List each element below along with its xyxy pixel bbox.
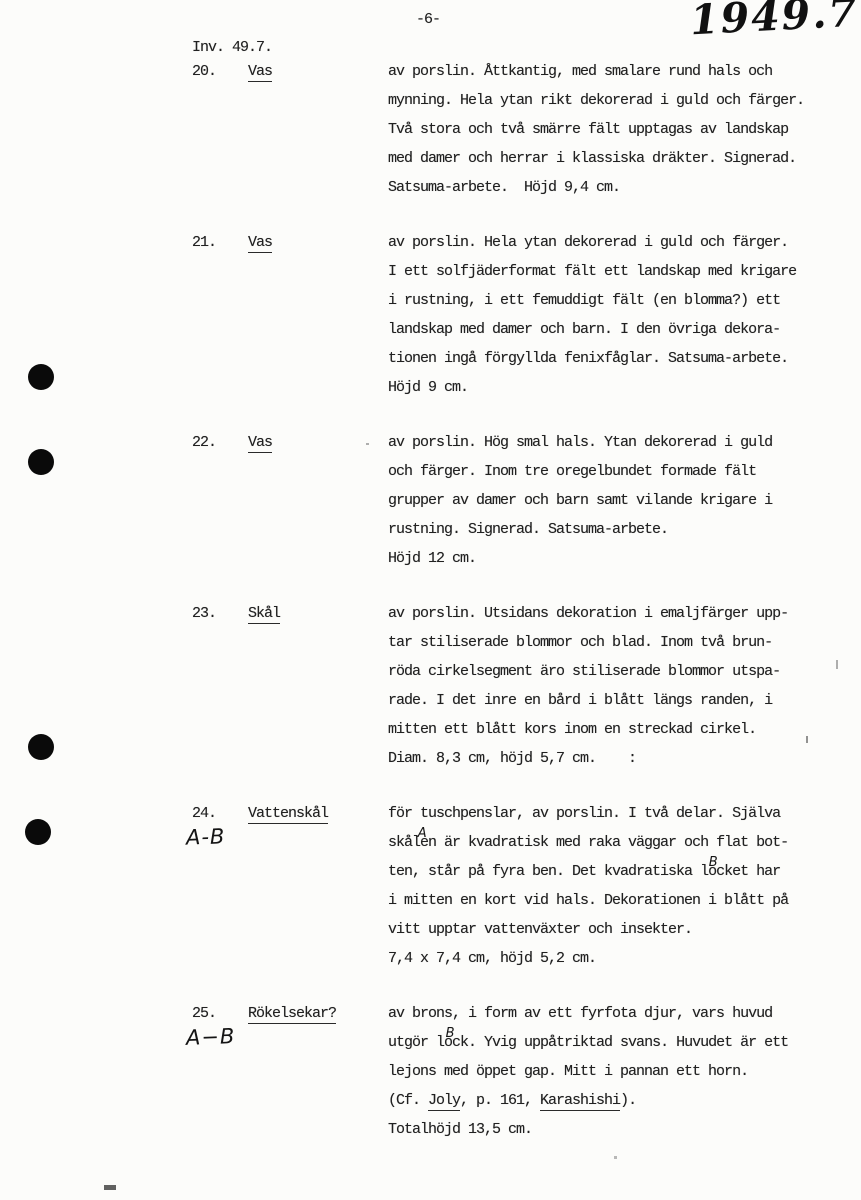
description-line: i mitten en kort vid hals. Dekorationen … (388, 886, 832, 915)
entry-name-text: Rökelsekar? (248, 1005, 336, 1024)
marked-word: lockB (436, 1034, 468, 1051)
description-line: 7,4 x 7,4 cm, höjd 5,2 cm. (388, 944, 832, 973)
description-line: och färger. Inom tre oregelbundet formad… (388, 457, 832, 486)
entry-description: av porslin. Hög smal hals. Ytan dekorera… (388, 428, 832, 573)
handwritten-letter-mark: A (418, 819, 427, 848)
underlined-word: Karashishi (540, 1092, 620, 1111)
catalog-entries: 20.Vasav porslin. Åttkantig, med smalare… (192, 57, 832, 1170)
handwritten-letter-mark: B (709, 848, 718, 877)
description-line: rustning. Signerad. Satsuma-arbete. (388, 515, 832, 544)
entry-description: av porslin. Utsidans dekoration i emaljf… (388, 599, 832, 773)
marked-word: locketB (700, 863, 748, 880)
catalog-entry: 21.Vasav porslin. Hela ytan dekorerad i … (192, 228, 832, 402)
entry-number: 23. (192, 599, 248, 628)
entry-name-text: Vattenskål (248, 805, 328, 824)
description-line: mynning. Hela ytan rikt dekorerad i guld… (388, 86, 832, 115)
entry-name-text: Vas (248, 434, 272, 453)
scan-speck (566, 98, 569, 101)
entry-number-text: 20. (192, 63, 216, 80)
entry-number: 24.A-B (192, 799, 248, 828)
scan-speck (836, 660, 838, 669)
scan-speck (806, 736, 808, 743)
scan-speck (366, 443, 369, 445)
description-line: utgör lockB. Yvig uppåtriktad svans. Huv… (388, 1028, 832, 1057)
description-line: skålenA är kvadratisk med raka väggar oc… (388, 828, 832, 857)
entry-description: av porslin. Åttkantig, med smalare rund … (388, 57, 832, 202)
description-line: Satsuma-arbete. Höjd 9,4 cm. (388, 173, 832, 202)
description-line: ten, står på fyra ben. Det kvadratiska l… (388, 857, 832, 886)
entry-name: Skål (248, 599, 388, 628)
entry-description: av porslin. Hela ytan dekorerad i guld o… (388, 228, 832, 402)
handwritten-annotation: A−B (186, 1022, 236, 1053)
entry-number-text: 24. (192, 805, 216, 822)
description-line: Höjd 9 cm. (388, 373, 832, 402)
underlined-word: Joly (428, 1092, 460, 1111)
entry-name: Rökelsekar? (248, 999, 388, 1028)
entry-name-text: Vas (248, 63, 272, 82)
description-line: av porslin. Hög smal hals. Ytan dekorera… (388, 428, 832, 457)
description-line: av porslin. Hela ytan dekorerad i guld o… (388, 228, 832, 257)
handwritten-letter-mark: B (446, 1019, 455, 1048)
hole-punch-dot (28, 449, 54, 475)
description-line: av porslin. Utsidans dekoration i emaljf… (388, 599, 832, 628)
entry-description: av brons, i form av ett fyrfota djur, va… (388, 999, 832, 1144)
entry-number: 21. (192, 228, 248, 257)
catalog-entry: 22.Vasav porslin. Hög smal hals. Ytan de… (192, 428, 832, 573)
hole-punch-dot (28, 364, 54, 390)
description-line: Två stora och två smärre fält upptagas a… (388, 115, 832, 144)
description-line: tionen ingå förgyllda fenixfåglar. Satsu… (388, 344, 832, 373)
description-line: med damer och herrar i klassiska dräkter… (388, 144, 832, 173)
description-line: Totalhöjd 13,5 cm. (388, 1115, 832, 1144)
entry-number-text: 25. (192, 1005, 216, 1022)
scanned-document-page: -6- 1949.7 Inv. 49.7. 20.Vasav porslin. … (0, 0, 861, 1200)
entry-number: 22. (192, 428, 248, 457)
handwritten-accession-number: 1949.7 (689, 0, 860, 44)
description-line: landskap med damer och barn. I den övrig… (388, 315, 832, 344)
description-line: mitten ett blått kors inom en streckad c… (388, 715, 832, 744)
description-line: i rustning, i ett femuddigt fält (en blo… (388, 286, 832, 315)
description-line: av porslin. Åttkantig, med smalare rund … (388, 57, 832, 86)
description-line: vitt upptar vattenväxter och insekter. (388, 915, 832, 944)
description-line: Höjd 12 cm. (388, 544, 832, 573)
catalog-entry: 25.A−BRökelsekar?av brons, i form av ett… (192, 999, 832, 1144)
marked-word: skålenA (388, 834, 436, 851)
description-line: rade. I det inre en bård i blått längs r… (388, 686, 832, 715)
description-line: grupper av damer och barn samt vilande k… (388, 486, 832, 515)
entry-description: för tuschpenslar, av porslin. I två dela… (388, 799, 832, 973)
page-number: -6- (416, 5, 440, 34)
catalog-entry: 20.Vasav porslin. Åttkantig, med smalare… (192, 57, 832, 202)
description-line: för tuschpenslar, av porslin. I två dela… (388, 799, 832, 828)
entry-name: Vas (248, 57, 388, 86)
hole-punch-dot (28, 734, 54, 760)
description-line: tar stiliserade blommor och blad. Inom t… (388, 628, 832, 657)
catalog-entry: 24.A-BVattenskålför tuschpenslar, av por… (192, 799, 832, 973)
description-line: I ett solfjäderformat fält ett landskap … (388, 257, 832, 286)
entry-number: 20. (192, 57, 248, 86)
entry-name-text: Vas (248, 234, 272, 253)
entry-name-text: Skål (248, 605, 280, 624)
catalog-entry: 23.Skålav porslin. Utsidans dekoration i… (192, 599, 832, 773)
entry-name: Vas (248, 228, 388, 257)
description-line: lejons med öppet gap. Mitt i pannan ett … (388, 1057, 832, 1086)
description-line: av brons, i form av ett fyrfota djur, va… (388, 999, 832, 1028)
entry-number: 25.A−B (192, 999, 248, 1028)
description-line: (Cf. Joly, p. 161, Karashishi). (388, 1086, 832, 1115)
scan-speck (104, 1185, 116, 1190)
entry-name: Vattenskål (248, 799, 388, 828)
scan-speck (614, 1156, 617, 1159)
description-line: Diam. 8,3 cm, höjd 5,7 cm. : (388, 744, 832, 773)
entry-number-text: 21. (192, 234, 216, 251)
hole-punch-dot (25, 819, 51, 845)
description-line: röda cirkelsegment äro stiliserade blomm… (388, 657, 832, 686)
entry-number-text: 22. (192, 434, 216, 451)
entry-number-text: 23. (192, 605, 216, 622)
handwritten-annotation: A-B (186, 822, 226, 852)
